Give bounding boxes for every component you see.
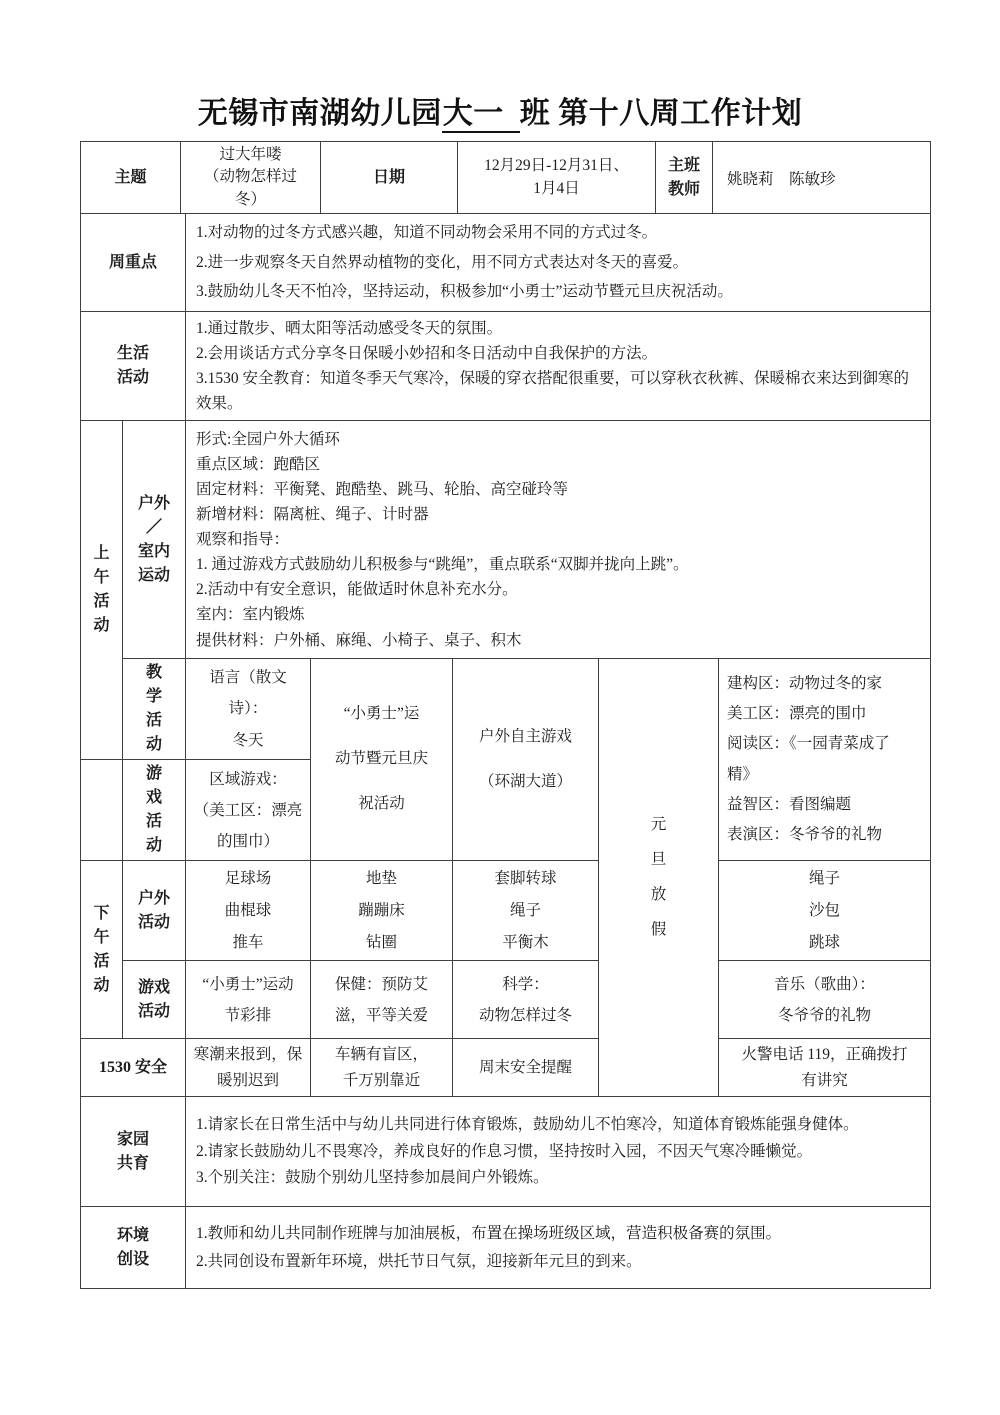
afternoon-outdoor-c1: 足球场 曲棍球 推车 bbox=[186, 861, 311, 961]
afternoon-game-c3: 科学： 动物怎样过冬 bbox=[453, 961, 599, 1039]
theme-label: 主题 bbox=[81, 142, 181, 214]
teaching-activity-label: 教 学 活 动 bbox=[123, 659, 186, 760]
regional-game-cell: 区域游戏： （美工区：漂亮 的围巾） bbox=[186, 760, 311, 861]
morning-sport-content: 形式:全园户外大循环 重点区域：跑酷区 固定材料：平衡凳、跑酷垫、跳马、轮胎、高… bbox=[186, 421, 931, 659]
afternoon-label: 下 午 活 动 bbox=[81, 861, 123, 1039]
title-suffix: 班 第十八周工作计划 bbox=[520, 97, 803, 130]
empty-cell bbox=[81, 760, 123, 861]
afternoon-game-row: 游戏 活动 “小勇士”运动 节彩排 保健：预防艾 滋，平等关爱 科学： 动物怎样… bbox=[81, 961, 931, 1039]
theme-value: 过大年喽 （动物怎样过 冬） bbox=[181, 142, 321, 214]
afternoon-outdoor-label: 户外 活动 bbox=[123, 861, 186, 961]
safety-c3: 周末安全提醒 bbox=[453, 1039, 599, 1097]
home-coop-label: 家园 共育 bbox=[81, 1097, 186, 1207]
afternoon-game-c5: 音乐（歌曲）： 冬爷爷的礼物 bbox=[719, 961, 931, 1039]
afternoon-outdoor-c5: 绳子 沙包 跳球 bbox=[719, 861, 931, 961]
environment-label: 环境 创设 bbox=[81, 1207, 186, 1289]
safety-c1: 寒潮来报到，保 暖别迟到 bbox=[186, 1039, 311, 1097]
head-teacher-names: 姚晓莉 陈敏珍 bbox=[713, 142, 931, 214]
afternoon-outdoor-c2: 地垫 蹦蹦床 钻圈 bbox=[311, 861, 453, 961]
morning-sport-label: 户外 ／ 室内 运动 bbox=[123, 421, 186, 659]
week-focus-content: 1.对动物的过冬方式感兴趣，知道不同动物会采用不同的方式过冬。 2.进一步观察冬… bbox=[186, 214, 931, 311]
life-activity-label: 生活 活动 bbox=[81, 311, 186, 420]
teaching-language-cell: 语言（散文诗）： 冬天 bbox=[186, 659, 311, 760]
afternoon-game-label: 游戏 活动 bbox=[123, 961, 186, 1039]
environment-row: 环境 创设 1.教师和幼儿共同制作班牌与加油展板，布置在操场班级区域，营造积极备… bbox=[81, 1207, 931, 1289]
page-title: 无锡市南湖幼儿园大一班 第十八周工作计划 bbox=[0, 94, 1000, 133]
life-activity-row: 生活 活动 1.通过散步、晒太阳等活动感受冬天的氛围。 2.会用谈话方式分享冬日… bbox=[81, 311, 931, 420]
home-coop-row: 家园 共育 1.请家长在日常生活中与幼儿共同进行体育锻炼，鼓励幼儿不怕寒冷，知道… bbox=[81, 1097, 931, 1207]
title-class-name-underlined: 大一 bbox=[442, 97, 520, 133]
week-focus-label: 周重点 bbox=[81, 214, 186, 311]
morning-sport-row: 上 午 活 动 户外 ／ 室内 运动 形式:全园户外大循环 重点区域：跑酷区 固… bbox=[81, 421, 931, 659]
date-label: 日期 bbox=[321, 142, 458, 214]
title-prefix: 无锡市南湖幼儿园 bbox=[198, 97, 442, 130]
safety-c2: 车辆有盲区， 千万别靠近 bbox=[311, 1039, 453, 1097]
weekly-plan-table: 周重点 1.对动物的过冬方式感兴趣，知道不同动物会采用不同的方式过冬。 2.进一… bbox=[80, 213, 931, 1289]
morning-label: 上 午 活 动 bbox=[81, 421, 123, 760]
festival-event-cell: “小勇士”运 动节暨元旦庆 祝活动 bbox=[311, 659, 453, 861]
safety-1530-row: 1530 安全 寒潮来报到，保 暖别迟到 车辆有盲区， 千万别靠近 周末安全提醒… bbox=[81, 1039, 931, 1097]
header-row-table: 主题 过大年喽 （动物怎样过 冬） 日期 12月29日-12月31日、 1月4日… bbox=[80, 141, 931, 214]
safety-1530-label: 1530 安全 bbox=[81, 1039, 186, 1097]
afternoon-outdoor-c3: 套脚转球 绳子 平衡木 bbox=[453, 861, 599, 961]
morning-game-label: 游 戏 活 动 bbox=[123, 760, 186, 861]
safety-c5: 火警电话 119，正确拨打 有讲究 bbox=[719, 1039, 931, 1097]
document-page: 无锡市南湖幼儿园大一班 第十八周工作计划 主题 过大年喽 （动物怎样过 冬） 日… bbox=[0, 0, 1000, 1415]
afternoon-game-c2: 保健：预防艾 滋，平等关爱 bbox=[311, 961, 453, 1039]
week-focus-row: 周重点 1.对动物的过冬方式感兴趣，知道不同动物会采用不同的方式过冬。 2.进一… bbox=[81, 214, 931, 311]
date-value: 12月29日-12月31日、 1月4日 bbox=[458, 142, 656, 214]
free-play-cell: 户外自主游戏 （环湖大道） bbox=[453, 659, 599, 861]
life-activity-content: 1.通过散步、晒太阳等活动感受冬天的氛围。 2.会用谈话方式分享冬日保暖小妙招和… bbox=[186, 311, 931, 420]
afternoon-game-c1: “小勇士”运动 节彩排 bbox=[186, 961, 311, 1039]
afternoon-outdoor-row: 下 午 活 动 户外 活动 足球场 曲棍球 推车 地垫 蹦蹦床 钻圈 套脚转球 … bbox=[81, 861, 931, 961]
home-coop-content: 1.请家长在日常生活中与幼儿共同进行体育锻炼，鼓励幼儿不怕寒冷，知道体育锻炼能强… bbox=[186, 1097, 931, 1207]
teaching-activity-row: 教 学 活 动 语言（散文诗）： 冬天 “小勇士”运 动节暨元旦庆 祝活动 户外… bbox=[81, 659, 931, 760]
new-year-holiday-cell: 元 旦 放 假 bbox=[599, 659, 719, 1097]
environment-content: 1.教师和幼儿共同制作班牌与加油展板，布置在操场班级区域，营造积极备赛的氛围。 … bbox=[186, 1207, 931, 1289]
head-teacher-label: 主班 教师 bbox=[656, 142, 713, 214]
corner-areas-cell: 建构区：动物过冬的家 美工区：漂亮的围巾 阅读区：《一园青菜成了 精》 益智区：… bbox=[719, 659, 931, 861]
